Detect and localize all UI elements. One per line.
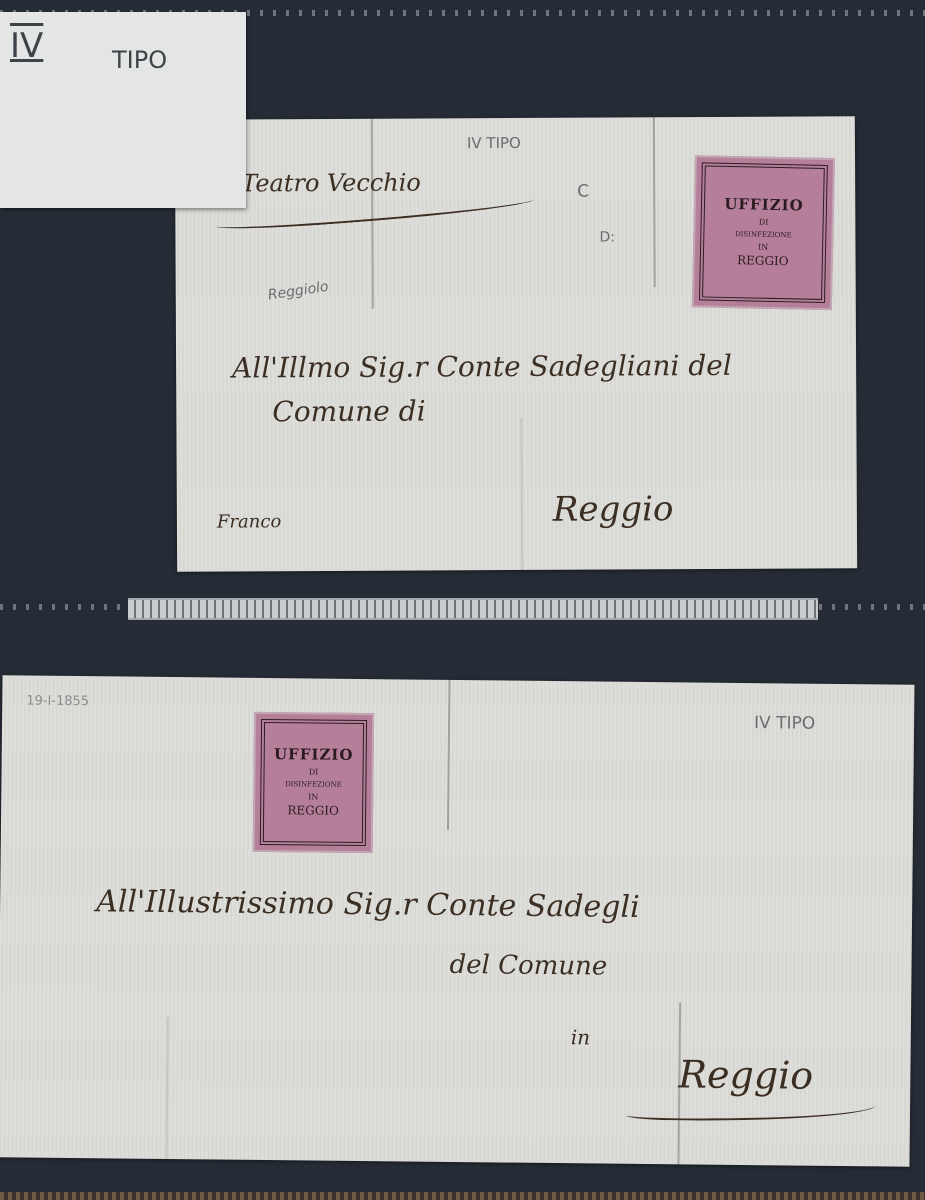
label-word: TIPO — [112, 46, 167, 74]
pencil-type-mark: IV TIPO — [467, 134, 521, 152]
type-label-card: IV TIPO — [0, 12, 246, 208]
fold-line — [447, 680, 451, 830]
sender-line: Teatro Vecchio — [241, 168, 421, 197]
franking-note: Franco — [217, 511, 281, 532]
fold-line — [520, 418, 523, 570]
fold-line — [165, 1017, 168, 1159]
destination-prefix: in — [571, 1025, 591, 1049]
stamp-line-disinfezione: DISINFEZIONE — [735, 230, 792, 239]
sender-underline — [215, 193, 535, 233]
album-stitch-bottom — [0, 1192, 925, 1200]
mount-strip — [128, 598, 818, 620]
cover-top: IV TIPO C D: Reggiolo Teatro Vecchio All… — [175, 116, 857, 572]
pencil-place-mark: Reggiolo — [267, 279, 330, 304]
stamp-line-uffizio: UFFIZIO — [274, 746, 354, 764]
stamp-line-uffizio: UFFIZIO — [724, 196, 804, 215]
stamp-line-di: DI — [309, 767, 319, 776]
stamp-line-in: IN — [308, 793, 318, 802]
stamp-line-reggio: REGGIO — [287, 805, 339, 819]
destination: Reggio — [678, 1052, 813, 1097]
stamp-line-disinfezione: DISINFEZIONE — [285, 780, 342, 789]
pencil-side-mark: D: — [599, 229, 615, 245]
address-line-1: All'Illmo Sig.r Conte Sadegliani del — [232, 349, 732, 385]
pencil-corner-mark: C — [577, 182, 589, 202]
destination-underline — [626, 1098, 876, 1123]
stamp-line-in: IN — [758, 243, 768, 252]
address-line-2: del Comune — [449, 950, 607, 982]
cover-bottom: 19-I-1855 IV TIPO UFFIZIO DI DISINFEZION… — [0, 675, 914, 1167]
pencil-date: 19-I-1855 — [26, 693, 89, 709]
disinfection-stamp: UFFIZIO DI DISINFEZIONE IN REGGIO — [692, 155, 835, 310]
fold-line — [653, 117, 656, 287]
pencil-type-mark: IV TIPO — [754, 713, 815, 734]
stamp-line-di: DI — [759, 218, 769, 227]
address-line-2: Comune di — [272, 394, 425, 428]
stamp-line-reggio: REGGIO — [737, 255, 789, 270]
address-line-1: All'Illustrissimo Sig.r Conte Sadegli — [96, 884, 640, 925]
label-numeral: IV — [10, 26, 43, 66]
disinfection-stamp: UFFIZIO DI DISINFEZIONE IN REGGIO — [253, 712, 374, 853]
destination: Reggio — [553, 489, 674, 530]
